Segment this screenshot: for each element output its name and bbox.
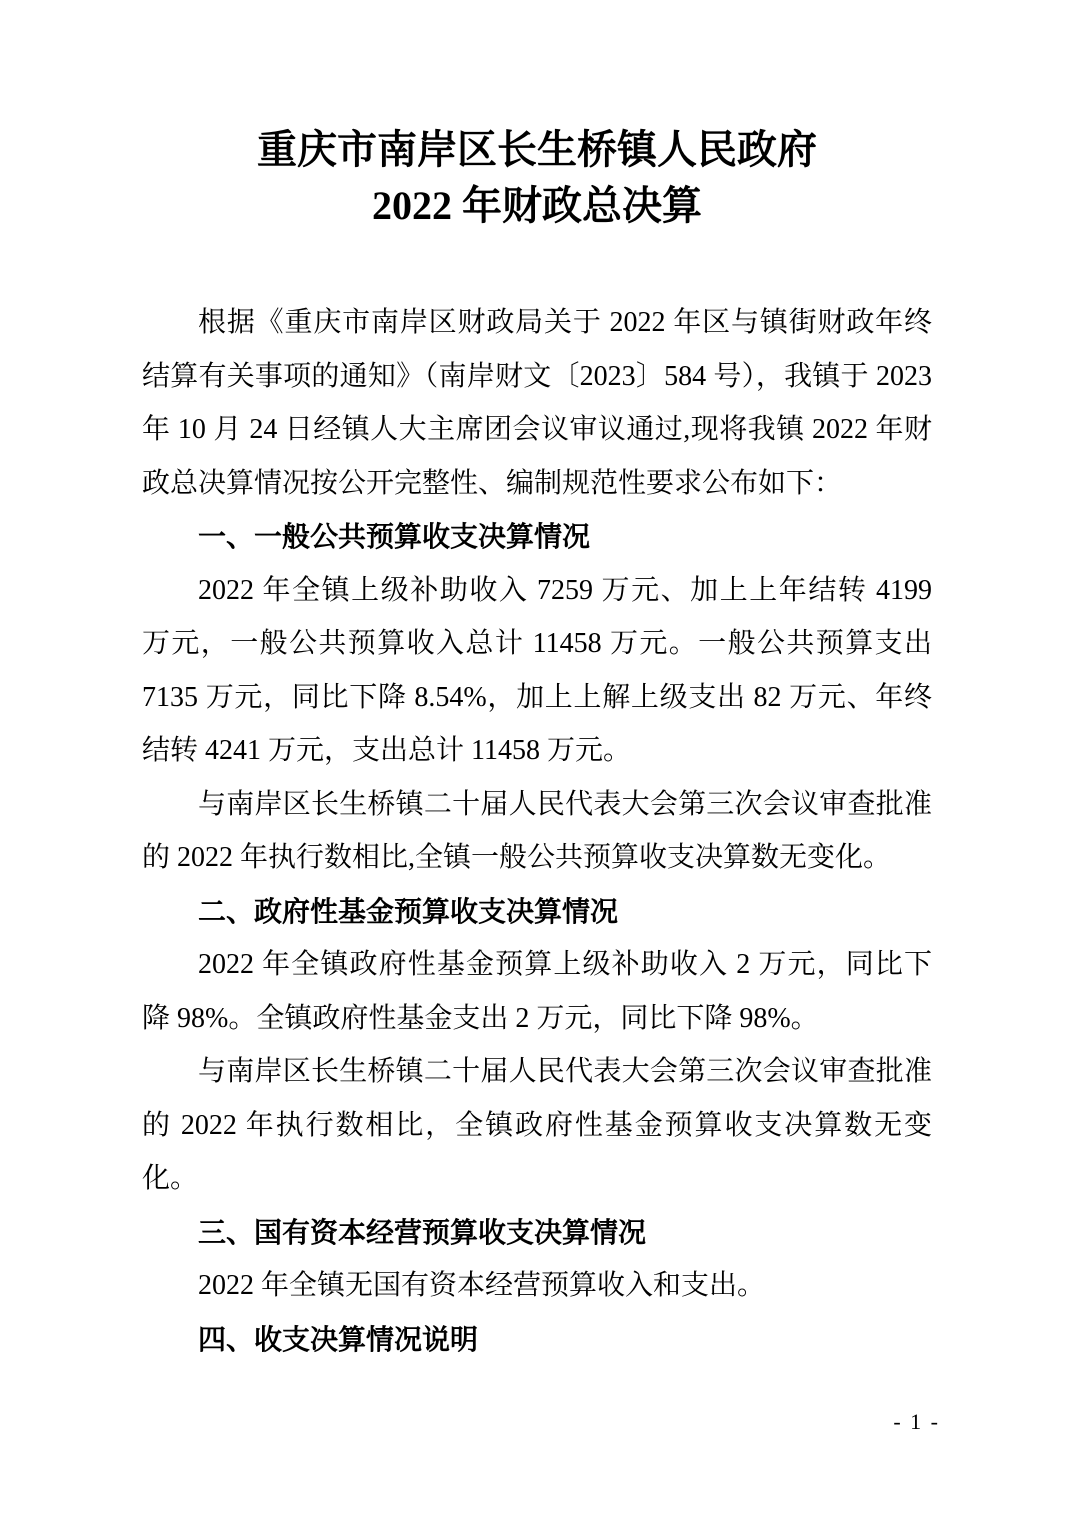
document-title-line1: 重庆市南岸区长生桥镇人民政府 [0, 122, 1074, 178]
document-page: 重庆市南岸区长生桥镇人民政府 2022 年财政总决算 根据《重庆市南岸区财政局关… [0, 0, 1074, 1520]
document-title-line2: 2022 年财政总决算 [0, 178, 1074, 234]
section-2-paragraph-comparison: 与南岸区长生桥镇二十届人民代表大会第三次会议审查批准的 2022 年执行数相比，… [142, 1045, 932, 1206]
section-1-paragraph-comparison: 与南岸区长生桥镇二十届人民代表大会第三次会议审查批准的 2022 年执行数相比,… [142, 778, 932, 885]
section-heading-1: 一、一般公共预算收支决算情况 [142, 510, 932, 564]
document-body: 根据《重庆市南岸区财政局关于 2022 年区与镇街财政年终结算有关事项的通知》（… [142, 296, 932, 1366]
document-title: 重庆市南岸区长生桥镇人民政府 2022 年财政总决算 [0, 0, 1074, 234]
section-2-paragraph-fund-figures: 2022 年全镇政府性基金预算上级补助收入 2 万元，同比下降 98%。全镇政府… [142, 938, 932, 1045]
page-number: - 1 - [893, 1407, 940, 1437]
section-heading-3: 三、国有资本经营预算收支决算情况 [142, 1206, 932, 1260]
section-heading-2: 二、政府性基金预算收支决算情况 [142, 885, 932, 939]
section-heading-4: 四、收支决算情况说明 [142, 1313, 932, 1367]
section-3-paragraph: 2022 年全镇无国有资本经营预算收入和支出。 [142, 1259, 932, 1313]
section-1-paragraph-budget-figures: 2022 年全镇上级补助收入 7259 万元、加上上年结转 4199 万元，一般… [142, 564, 932, 778]
intro-paragraph: 根据《重庆市南岸区财政局关于 2022 年区与镇街财政年终结算有关事项的通知》（… [142, 296, 932, 510]
